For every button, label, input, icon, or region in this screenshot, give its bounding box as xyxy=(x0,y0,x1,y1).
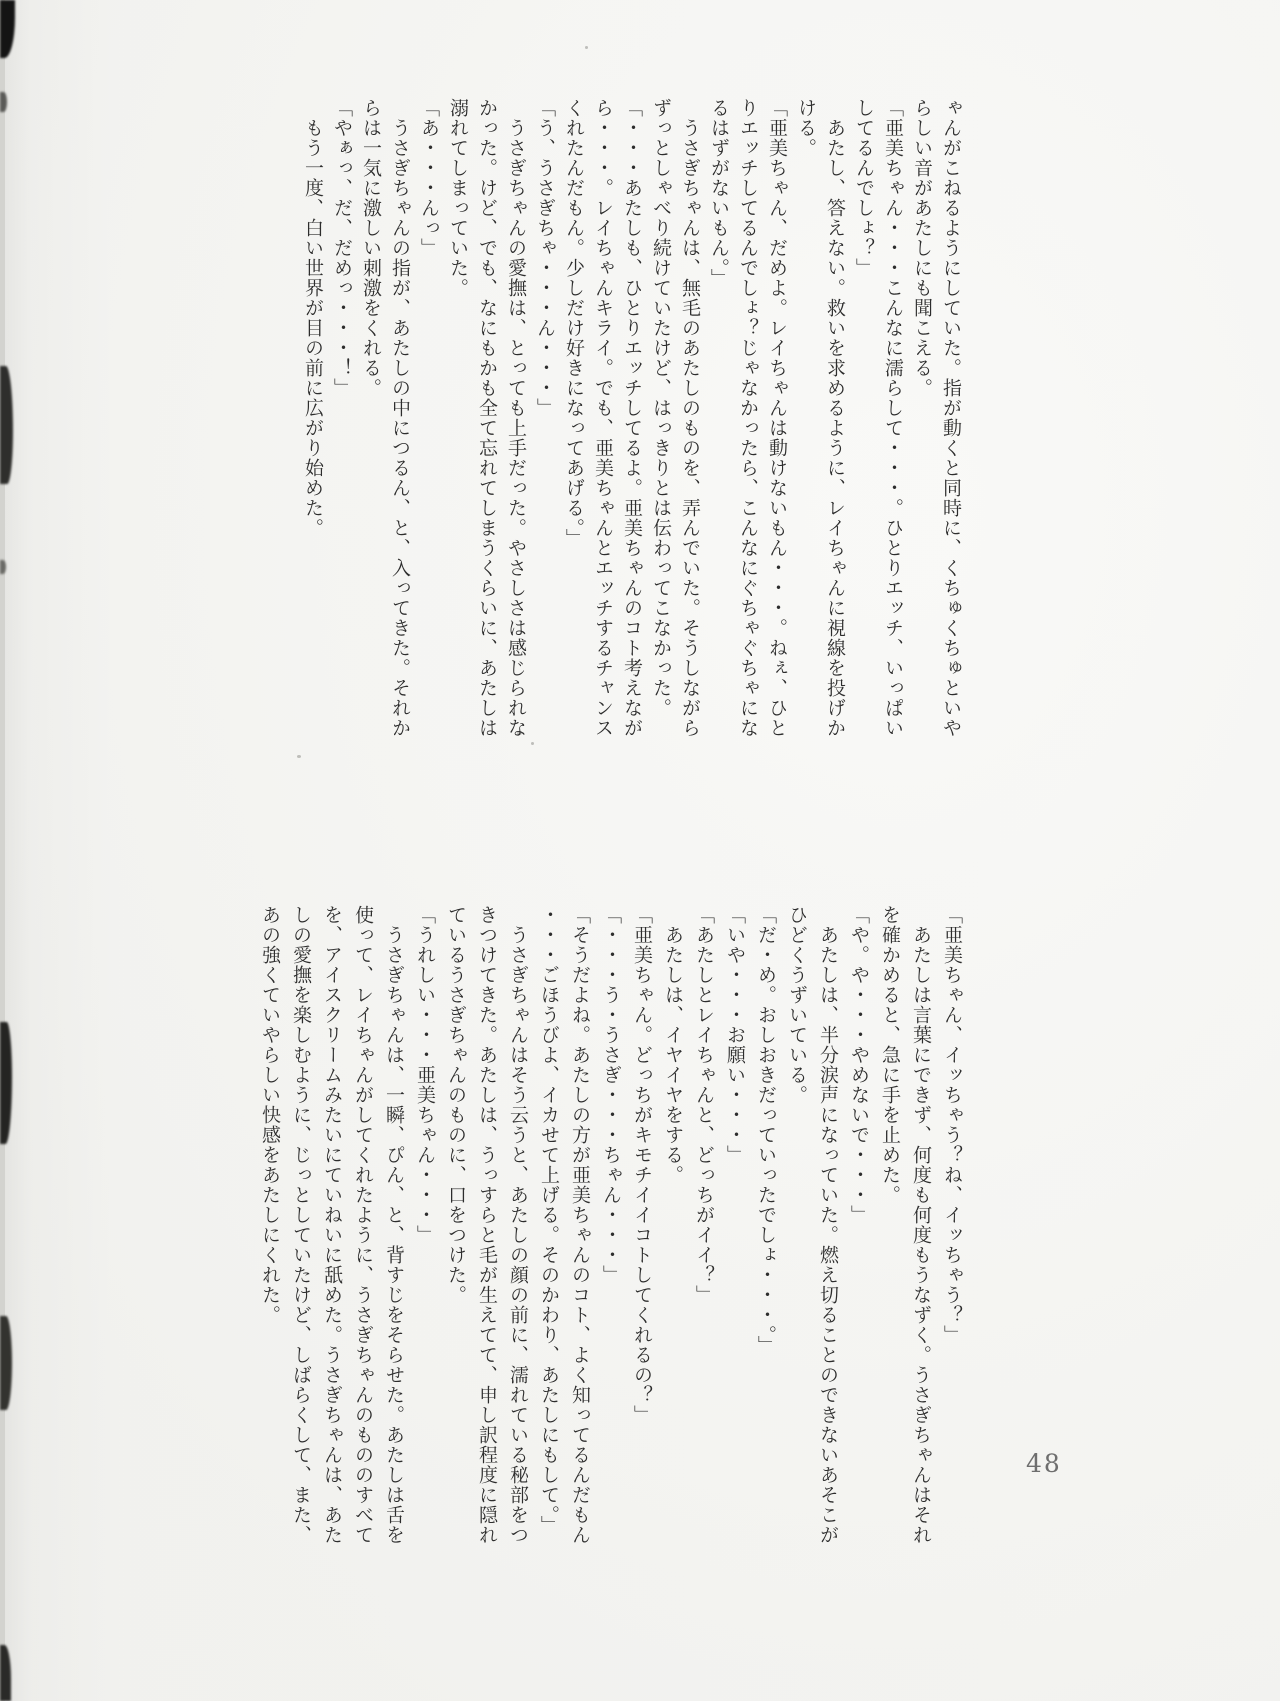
text-column: 「や。や・・・やめないで・・・」 xyxy=(843,905,874,1550)
text-column: 使って、レイちゃんがしてくれたように、うさぎちゃんのもののすべて xyxy=(347,905,378,1550)
page-number: 48 xyxy=(1026,1449,1062,1478)
scan-artifact xyxy=(0,1022,12,1144)
text-column: かった。けど、でも、なにもかも全て忘れてしまうくらいに、あたしは xyxy=(472,98,501,743)
bottom-text-block: 「亜美ちゃん、イッちゃう？ね、イッちゃう？」 あたしは言葉にできず、何度も何度も… xyxy=(254,905,967,1550)
text-column: あの強くていやらしい快感をあたしにくれた。 xyxy=(254,905,285,1550)
dust-speck xyxy=(297,755,301,758)
text-column: してるんでしょ？」 xyxy=(849,98,878,743)
scan-artifact xyxy=(0,1316,12,1410)
text-column: ゃんがこねるようにしていた。指が動くと同時に、くちゅくちゅといや xyxy=(936,98,965,743)
text-column: あたしは、イヤイヤをする。 xyxy=(657,905,688,1550)
text-column: 「亜美ちゃん、だめよ。レイちゃんは動けないもん・・・。ねぇ、ひと xyxy=(762,98,791,743)
text-column: を確かめると、急に手を止めた。 xyxy=(874,905,905,1550)
text-column: うさぎちゃんは、一瞬、ぴん、と、背すじをそらせた。あたしは舌を xyxy=(378,905,409,1550)
text-column: 「・・・あたしも、ひとりエッチしてるよ。亜美ちゃんのコト考えなが xyxy=(617,98,646,743)
text-column: ずっとしゃべり続けていたけど、はっきりとは伝わってこなかった。 xyxy=(646,98,675,743)
text-column: あたしは、半分涙声になっていた。燃え切ることのできないあそこが xyxy=(812,905,843,1550)
text-column: るはずがないもん。」 xyxy=(704,98,733,743)
text-column: 「亜美ちゃん・・・こんなに濡らして・・・。ひとりエッチ、いっぱい xyxy=(878,98,907,743)
text-column: 「亜美ちゃん。どっちがキモチイイコトしてくれるの？」 xyxy=(626,905,657,1550)
text-column: うさぎちゃんの愛撫は、とっても上手だった。やさしさは感じられな xyxy=(501,98,530,743)
text-column: らしい音があたしにも聞こえる。 xyxy=(907,98,936,743)
text-column: 「う、うさぎちゃ・・・ん・・・」 xyxy=(530,98,559,743)
text-column: 「そうだよね。あたしの方が亜美ちゃんのコト、よく知ってるんだもん xyxy=(564,905,595,1550)
text-column: を、アイスクリームみたいにていねいに舐めた。うさぎちゃんは、あた xyxy=(316,905,347,1550)
dust-speck xyxy=(585,46,588,49)
text-column: ひどくうずいている。 xyxy=(781,905,812,1550)
text-column: 「あ・・・んっ」 xyxy=(414,98,443,743)
text-column: 「だ・め。おしおきだっていったでしょ・・・。」 xyxy=(750,905,781,1550)
scan-artifact xyxy=(0,366,13,484)
text-column: ら・・・。レイちゃんキライ。でも、亜美ちゃんとエッチするチャンス xyxy=(588,98,617,743)
text-column: きつけてきた。あたしは、うっすらと毛が生えてて、申し訳程度に隠れ xyxy=(471,905,502,1550)
text-column: 「あたしとレイちゃんと、どっちがイイ？」 xyxy=(688,905,719,1550)
scan-artifact xyxy=(0,560,6,574)
scan-artifact xyxy=(0,0,15,58)
scan-artifact xyxy=(0,92,7,112)
text-column: くれたんだもん。少しだけ好きになってあげる。」 xyxy=(559,98,588,743)
text-column: ているうさぎちゃんのものに、口をつけた。 xyxy=(440,905,471,1550)
text-column: しの愛撫を楽しむように、じっとしていたけど、しばらくして、また、 xyxy=(285,905,316,1550)
top-text-block: ゃんがこねるようにしていた。指が動くと同時に、くちゅくちゅといや らしい音があた… xyxy=(298,98,965,743)
scan-artifact xyxy=(0,1645,11,1701)
text-column: あたしは言葉にできず、何度も何度もうなずく。うさぎちゃんはそれ xyxy=(905,905,936,1550)
text-column: らは一気に激しい刺激をくれる。 xyxy=(356,98,385,743)
text-column: りエッチしてるんでしょ？じゃなかったら、こんなにぐちゃぐちゃにな xyxy=(733,98,762,743)
text-column: ・・・ごほうびよ、イカせて上げる。そのかわり、あたしにもして。」 xyxy=(533,905,564,1550)
text-column: あたし、答えない。救いを求めるように、レイちゃんに視線を投げか xyxy=(820,98,849,743)
text-column: 「いや・・・お願い・・・」 xyxy=(719,905,750,1550)
text-column: ける。 xyxy=(791,98,820,743)
text-column: 「うれしい・・・亜美ちゃん・・・」 xyxy=(409,905,440,1550)
text-column: うさぎちゃんは、無毛のあたしのものを、弄んでいた。そうしながら xyxy=(675,98,704,743)
text-column: うさぎちゃんはそう云うと、あたしの顔の前に、濡れている秘部をつ xyxy=(502,905,533,1550)
text-column: うさぎちゃんの指が、あたしの中につるん、と、入ってきた。それか xyxy=(385,98,414,743)
text-column: 「亜美ちゃん、イッちゃう？ね、イッちゃう？」 xyxy=(936,905,967,1550)
text-column: もう一度、白い世界が目の前に広がり始めた。 xyxy=(298,98,327,743)
text-column: 溺れてしまっていた。 xyxy=(443,98,472,743)
text-column: 「・・・う・うさぎ・・・ちゃん・・・」 xyxy=(595,905,626,1550)
scan-edge-strip xyxy=(0,0,5,1701)
text-column: 「やぁっ、だ、だめっ・・・！」 xyxy=(327,98,356,743)
